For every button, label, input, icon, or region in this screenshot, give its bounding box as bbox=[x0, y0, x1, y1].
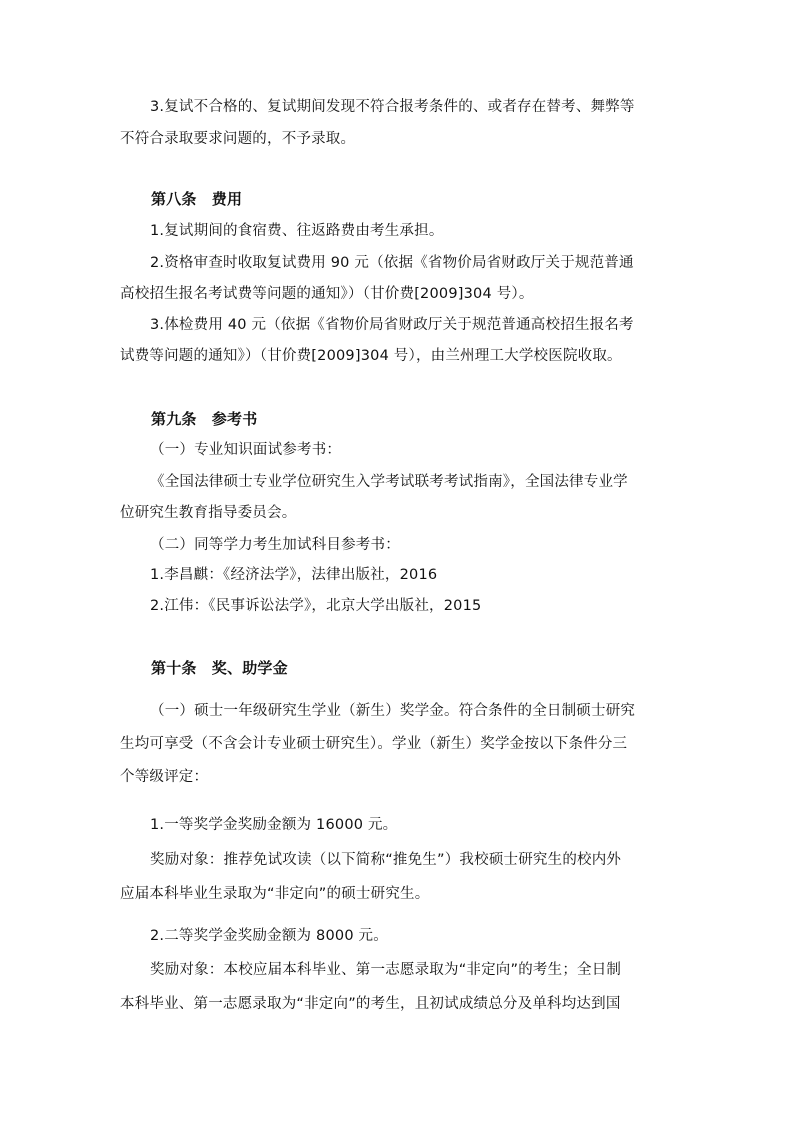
paragraph-line: 应届本科毕业生录取为“非定向”的硕士研究生。 bbox=[120, 884, 680, 904]
paragraph-line: 不符合录取要求问题的，不予录取。 bbox=[120, 129, 680, 149]
paragraph-line: （二）同等学力考生加试科目参考书： bbox=[150, 535, 680, 555]
section-heading-9: 第九条 参考书 bbox=[151, 409, 711, 429]
paragraph-line: 1.一等奖学金奖励金额为 16000 元。 bbox=[150, 815, 680, 835]
section-heading-8: 第八条 费用 bbox=[151, 189, 711, 209]
paragraph-line: 生均可享受（不含会计专业硕士研究生）。学业（新生）奖学金按以下条件分三 bbox=[120, 734, 680, 754]
paragraph-line: 奖励对象：本校应届本科毕业、第一志愿录取为“非定向”的考生；全日制 bbox=[150, 960, 680, 980]
paragraph-line: 3.体检费用 40 元（依据《省物价局省财政厅关于规范普通高校招生报名考 bbox=[150, 315, 680, 335]
paragraph-line: 试费等问题的通知》）（甘价费[2009]304 号），由兰州理工大学校医院收取。 bbox=[120, 346, 680, 366]
paragraph-line: 2.资格审查时收取复试费用 90 元（依据《省物价局省财政厅关于规范普通 bbox=[150, 253, 680, 273]
paragraph-line: 1.李昌麒：《经济法学》，法律出版社，2016 bbox=[150, 565, 680, 585]
paragraph-line: （一）硕士一年级研究生学业（新生）奖学金。符合条件的全日制硕士研究 bbox=[150, 701, 680, 721]
paragraph-line: 个等级评定： bbox=[120, 767, 680, 787]
paragraph-line: 3.复试不合格的、复试期间发现不符合报考条件的、或者存在替考、舞弊等 bbox=[150, 97, 680, 117]
paragraph-line: 2.江伟：《民事诉讼法学》，北京大学出版社，2015 bbox=[150, 596, 680, 616]
paragraph-line: 高校招生报名考试费等问题的通知》）（甘价费[2009]304 号）。 bbox=[120, 284, 680, 304]
paragraph-line: 1.复试期间的食宿费、往返路费由考生承担。 bbox=[150, 221, 680, 241]
paragraph-line: 位研究生教育指导委员会。 bbox=[120, 503, 680, 523]
paragraph-line: （一）专业知识面试参考书： bbox=[150, 440, 680, 460]
paragraph-line: 奖励对象：推荐免试攻读（以下简称“推免生”）我校硕士研究生的校内外 bbox=[150, 850, 680, 870]
paragraph-line: 《全国法律硕士专业学位研究生入学考试联考考试指南》，全国法律专业学 bbox=[150, 472, 680, 492]
paragraph-line: 本科毕业、第一志愿录取为“非定向”的考生，且初试成绩总分及单科均达到国 bbox=[120, 994, 680, 1014]
paragraph-line: 2.二等奖学金奖励金额为 8000 元。 bbox=[150, 926, 680, 946]
section-heading-10: 第十条 奖、助学金 bbox=[151, 658, 711, 678]
